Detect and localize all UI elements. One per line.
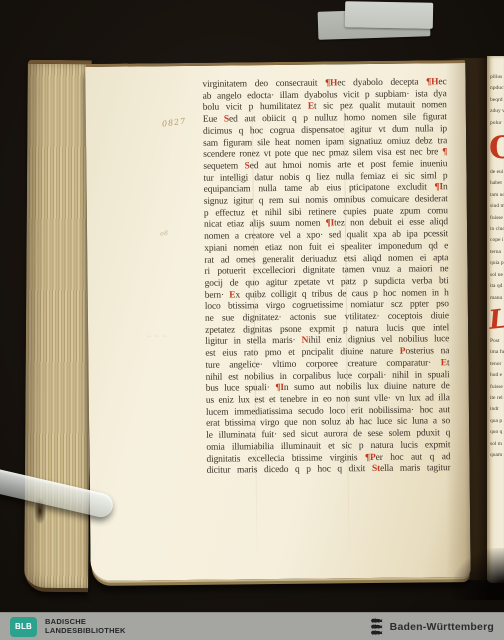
facing-fragment-line: ita qd: [487, 281, 504, 292]
state-logo: Baden-Württemberg: [370, 618, 494, 635]
manuscript-text-block: virginitatem deo consecrauit ¶Hec dyabol…: [202, 77, 450, 477]
baden-wuerttemberg-crest-icon: [370, 618, 384, 635]
left-page: virginitatem deo consecrauit ¶Hec dyabol…: [85, 60, 470, 581]
facing-fragment-line: Post: [487, 336, 504, 347]
facing-fragment-line: ima fu: [487, 347, 504, 358]
facing-fragment-line: cope i: [487, 235, 504, 246]
facing-fragments-top: piliusnpducibeqrdzduy vpolur: [487, 72, 504, 129]
red-initial-o: O: [487, 129, 504, 167]
facing-fragment-line: siud m: [487, 201, 504, 212]
corner-shadow: [452, 548, 504, 600]
facing-fragment-line: ite rel: [487, 393, 504, 404]
library-name: BADISCHE LANDESBIBLIOTHEK: [45, 618, 126, 636]
facing-fragment-line: fuisse: [487, 382, 504, 393]
facing-fragment-line: tenor: [487, 359, 504, 370]
facing-fragment-line: indr: [487, 404, 504, 415]
facing-fragment-line: de eui: [487, 167, 504, 178]
facing-fragment-line: sol m: [487, 439, 504, 450]
footer-bar: BLB BADISCHE LANDESBIBLIOTHEK Baden-Würt…: [0, 612, 504, 640]
facing-fragment-line: quam: [487, 450, 504, 461]
facing-fragment-line: zduy v: [487, 106, 504, 117]
facing-fragment-line: sol ne: [487, 270, 504, 281]
facing-fragment-line: qua p: [487, 416, 504, 427]
facing-fragment-line: fuisse: [487, 213, 504, 224]
library-logo: BLB BADISCHE LANDESBIBLIOTHEK: [10, 617, 126, 637]
facing-fragment-line: pilius: [487, 72, 504, 83]
facing-fragment-line: terna: [487, 247, 504, 258]
facing-fragment-line: manu: [487, 293, 504, 304]
margin-annotation-1: 0827: [161, 117, 186, 129]
facing-page-sliver: piliusnpducibeqrdzduy vpolur O de euihab…: [487, 56, 504, 583]
facing-fragment-line: polur: [487, 118, 504, 129]
facing-fragments-bottom: Postima futenorhud efuisseite relindrqua…: [487, 336, 504, 461]
facing-fragment-line: hud e: [487, 370, 504, 381]
scan-stage: virginitatem deo consecrauit ¶Hec dyabol…: [0, 0, 504, 640]
margin-annotation-3: ~~~: [146, 332, 170, 340]
facing-fragment-line: npduci: [487, 83, 504, 94]
state-wordmark: Baden-Württemberg: [390, 621, 494, 633]
blb-logo-badge: BLB: [10, 617, 37, 637]
facing-fragment-line: quo q: [487, 427, 504, 438]
margin-annotation-2: σ8: [160, 230, 169, 238]
facing-fragment-line: habet: [487, 178, 504, 189]
facing-fragment-line: beqrd: [487, 95, 504, 106]
facing-fragment-line: in clud: [487, 224, 504, 235]
red-initial-l: L: [487, 303, 504, 337]
facing-fragments-mid: de euihabettam uosiud mfuissein cludcope…: [487, 167, 504, 304]
facing-fragment-line: quia p: [487, 258, 504, 269]
library-name-line2: LANDESBIBLIOTHEK: [45, 627, 126, 636]
manuscript-text-line: dicitur maris dicedo q p hoc q dixit Ste…: [207, 463, 451, 477]
bookmark-tab-front: [345, 1, 433, 29]
facing-fragment-line: tam uo: [487, 190, 504, 201]
